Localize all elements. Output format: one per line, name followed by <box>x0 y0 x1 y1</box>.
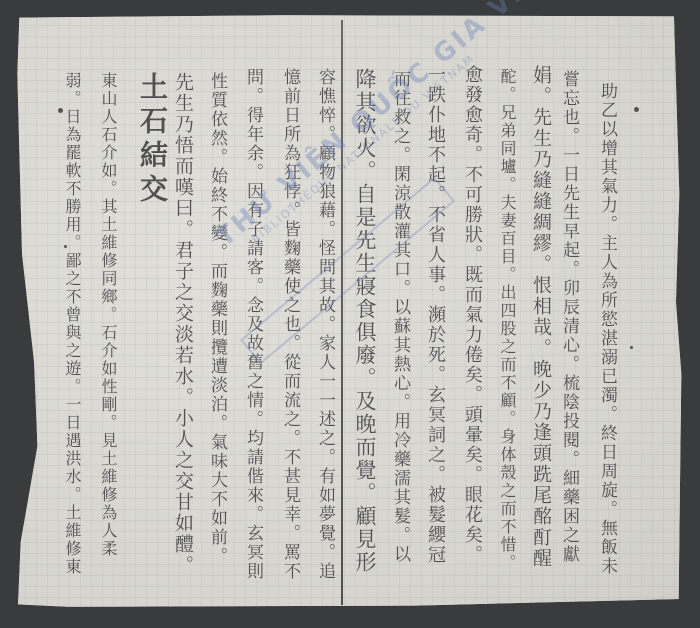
text-column: 娟。先生乃縫縫綢繆。恨相哉。晚少乃逢頭跣尾酩酊醒 <box>531 65 550 569</box>
text-column: 東山人石介如。其土維修同鄉。石介如性剛。見土維修為人柔 <box>100 72 116 558</box>
ink-dot <box>630 346 633 349</box>
text-column: 問。得年余。因有子請客。念及故舊之情。均請偕來。玄冥則 <box>244 68 261 581</box>
ink-dot <box>58 108 63 113</box>
text-column: 助乙以增其氣力。主人為所慾湛溺已濁。終日周旋。無飯未 <box>598 82 615 576</box>
text-column: 性質依然。始終不變。而麴藥則攬遭淡泊。氣味大不如前。 <box>208 72 225 566</box>
text-column: 愈發愈奇。不可勝狀。既而氣力倦矣。頭暈矣。眼花矣。 <box>463 65 481 565</box>
text-column: 酡。兄弟同壚。夫妻百目。出四股之而不顧。身体殼之而不惜。 <box>499 68 515 572</box>
text-column: 容憔悴。顧物狼藉。怪問其故。家人一一述之。有如夢覺。追 <box>316 68 333 581</box>
text-column: 嘗忘也。一日先生早起。卯辰清心。梳陰投閱。細藥困之獻 <box>560 70 577 564</box>
ink-dot <box>634 107 639 112</box>
center-fold-line <box>341 20 343 605</box>
section-heading: 土石結交 <box>138 72 166 208</box>
ink-dot <box>64 245 67 248</box>
text-column: 先生乃悟而嘆曰。君子之交淡若水。小人之交甘如醴。 <box>173 72 192 576</box>
text-column: 降其欲火。自是先生寢食俱廢。及晚而覺。顧見形 <box>354 68 375 574</box>
text-column: 憶前日所為狂悖。皆麴藥使之也。從而流之。不甚見幸。罵不 <box>281 68 298 581</box>
text-column: 一跌仆地不起。不省人事。瀕於死。玄冥詞之。被髮纓冠 <box>426 65 444 565</box>
text-column: 弱。日為罷軟不勝用。鄙之不曾與之遊。一日遇洪水。土維修東 <box>64 72 80 576</box>
text-column: 而往救之。閑涼散灌其口。以蘇其熱心。用冷藥濡其髮。以 <box>391 70 408 564</box>
